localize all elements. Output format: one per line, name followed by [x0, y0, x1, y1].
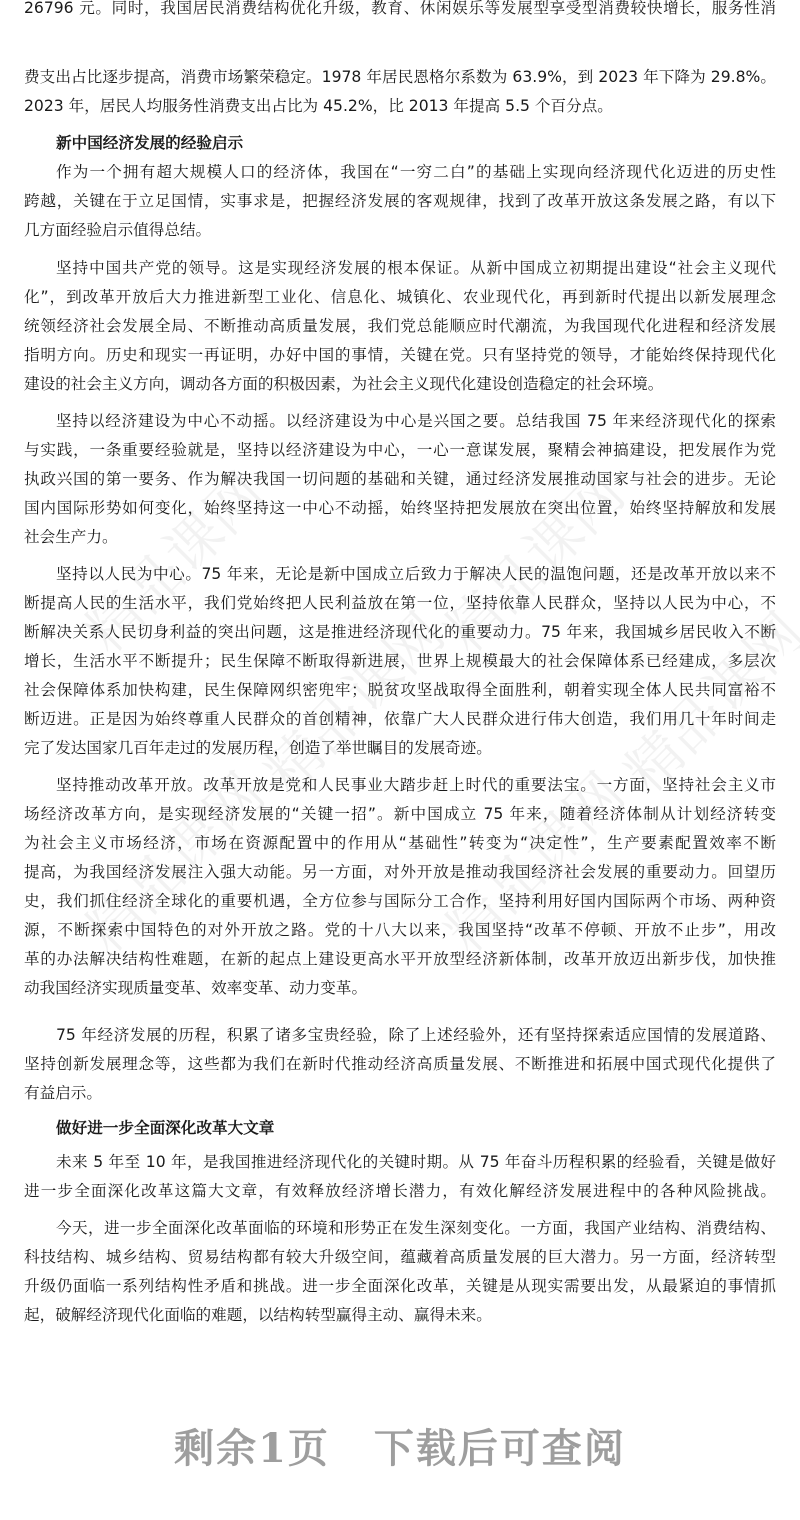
text-line: 提高，为我国经济发展注入强大动能。另一方面，对外开放是推动我国经济社会发展的重要…	[24, 862, 776, 882]
text-line: 今天，进一步全面深化改革面临的环境和形势正在发生深刻变化。一方面，我国产业结构、…	[56, 1218, 776, 1238]
text-line: 场经济改革方向，是实现经济发展的“关键一招”。新中国成立 75 年来，随着经济体…	[24, 804, 776, 824]
section-heading: 新中国经济发展的经验启示	[56, 133, 243, 153]
download-to-view-label[interactable]: 下载后可查阅	[374, 1417, 626, 1474]
text-line: 坚持中国共产党的领导。这是实现经济发展的根本保证。从新中国成立初期提出建设“社会…	[56, 258, 776, 278]
text-line: 坚持以人民为中心。75 年来，无论是新中国成立后致力于解决人民的温饱问题，还是改…	[56, 564, 776, 584]
text-line: 完了发达国家几百年走过的发展历程，创造了举世瞩目的发展奇迹。	[24, 738, 776, 758]
text-line: 费支出占比逐步提高，消费市场繁荣稳定。1978 年居民恩格尔系数为 63.9%，…	[24, 67, 776, 87]
text-line: 史，我们抓住经济全球化的重要机遇，全方位参与国际分工合作，坚持利用好国内国际两个…	[24, 891, 776, 911]
text-line: 作为一个拥有超大规模人口的经济体，我国在“一穷二白”的基础上实现向经济现代化迈进…	[56, 162, 776, 182]
text-line: 跨越，关键在于立足国情，实事求是，把握经济发展的客观规律，找到了改革开放这条发展…	[24, 191, 776, 211]
text-line: 断迈进。正是因为始终尊重人民群众的首创精神，依靠广大人民群众进行伟大创造，我们用…	[24, 709, 776, 729]
remaining-pages-label[interactable]: 剩余1页	[174, 1417, 330, 1474]
section-heading: 做好进一步全面深化改革大文章	[56, 1118, 274, 1138]
text-line: 26796 元。同时，我国居民消费结构优化升级，教育、休闲娱乐等发展型享受型消费…	[24, 0, 776, 18]
text-line: 2023 年，居民人均服务性消费支出占比为 45.2%，比 2013 年提高 5…	[24, 96, 776, 116]
text-line: 为社会主义市场经济，市场在资源配置中的作用从“基础性”转变为“决定性”，生产要素…	[24, 833, 776, 853]
text-line: 未来 5 年至 10 年，是我国推进经济现代化的关键时期。从 75 年奋斗历程积…	[56, 1152, 776, 1172]
text-line: 动我国经济实现质量变革、效率变革、动力变革。	[24, 978, 776, 998]
text-line: 与实践，一条重要经验就是，坚持以经济建设为中心，一心一意谋发展，聚精会神搞建设，…	[24, 440, 776, 460]
text-line: 断解决关系人民切身利益的突出问题，这是推进经济现代化的重要动力。75 年来，我国…	[24, 622, 776, 642]
text-line: 社会生产力。	[24, 527, 776, 547]
text-line: 建设的社会主义方向，调动各方面的积极因素，为社会主义现代化建设创造稳定的社会环境…	[24, 374, 776, 394]
text-line: 革的办法解决结构性难题，在新的起点上建设更高水平开放型经济新体制，改革开放迈出新…	[24, 949, 776, 969]
text-line: 有益启示。	[24, 1083, 776, 1103]
text-line: 源，不断探索中国特色的对外开放之路。党的十八大以来，我国坚持“改革不停顿、开放不…	[24, 920, 776, 940]
text-line: 断提高人民的生活水平，我们党始终把人民利益放在第一位，坚持依靠人民群众，坚持以人…	[24, 593, 776, 613]
text-line: 化”，到改革开放后大力推进新型工业化、信息化、城镇化、农业现代化，再到新时代提出…	[24, 287, 776, 307]
document-page: 精品课网精品课网精品课网精品课网精品课网精品课网 26796 元。同时，我国居民…	[0, 0, 800, 1520]
text-line: 统领经济社会发展全局、不断推动高质量发展，我们党总能顺应时代潮流，为我国现代化进…	[24, 316, 776, 336]
text-line: 几方面经验启示值得总结。	[24, 220, 776, 240]
download-prompt-banner[interactable]: 剩余1页下载后可查阅	[0, 1417, 800, 1474]
text-line: 指明方向。历史和现实一再证明，办好中国的事情，关键在党。只有坚持党的领导，才能始…	[24, 345, 776, 365]
text-line: 起，破解经济现代化面临的难题，以结构转型赢得主动、赢得未来。	[24, 1305, 776, 1325]
text-line: 增长，生活水平不断提升；民生保障不断取得新进展，世界上规模最大的社会保障体系已经…	[24, 651, 776, 671]
text-line: 75 年经济发展的历程，积累了诸多宝贵经验，除了上述经验外，还有坚持探索适应国情…	[56, 1025, 776, 1045]
text-line: 国内国际形势如何变化，始终坚持这一中心不动摇，始终坚持把发展放在突出位置，始终坚…	[24, 498, 776, 518]
text-line: 进一步全面深化改革这篇大文章，有效释放经济增长潜力，有效化解经济发展进程中的各种…	[24, 1181, 776, 1201]
text-line: 社会保障体系加快构建，民生保障网织密兜牢；脱贫攻坚战取得全面胜利，朝着实现全体人…	[24, 680, 776, 700]
text-line: 执政兴国的第一要务、作为解决我国一切问题的基础和关键，通过经济发展推动国家与社会…	[24, 469, 776, 489]
text-line: 坚持以经济建设为中心不动摇。以经济建设为中心是兴国之要。总结我国 75 年来经济…	[56, 411, 776, 431]
text-line: 坚持创新发展理念等，这些都为我们在新时代推动经济高质量发展、不断推进和拓展中国式…	[24, 1054, 776, 1074]
text-line: 升级仍面临一系列结构性矛盾和挑战。进一步全面深化改革，关键是从现实需要出发，从最…	[24, 1276, 776, 1296]
text-line: 坚持推动改革开放。改革开放是党和人民事业大踏步赶上时代的重要法宝。一方面，坚持社…	[56, 775, 776, 795]
text-line: 科技结构、城乡结构、贸易结构都有较大升级空间，蕴藏着高质量发展的巨大潜力。另一方…	[24, 1247, 776, 1267]
